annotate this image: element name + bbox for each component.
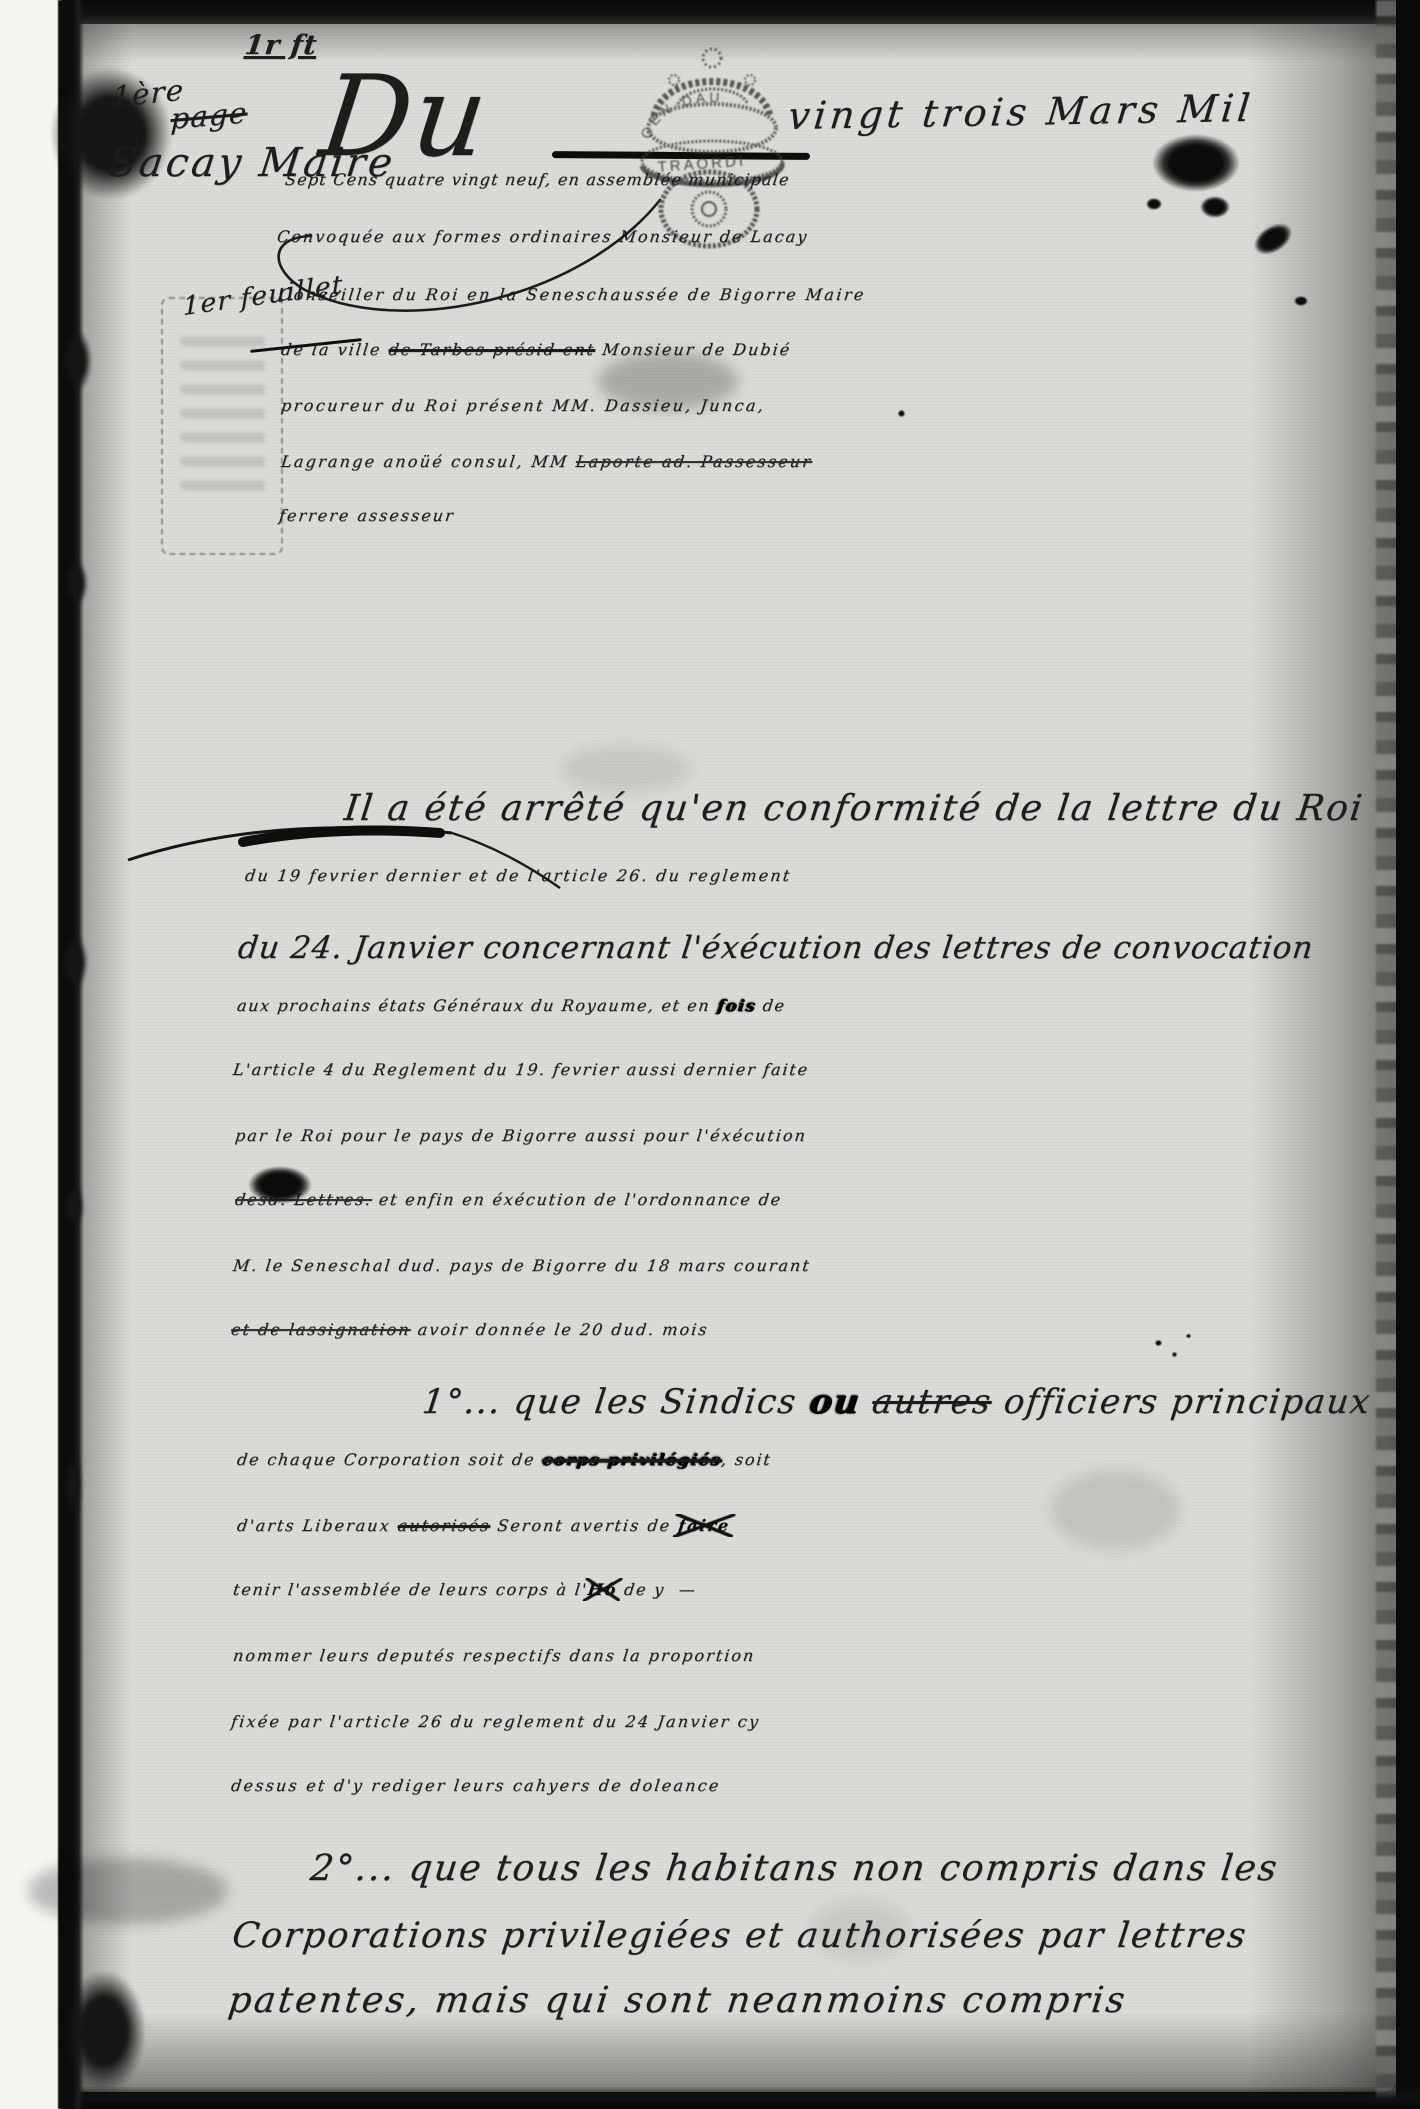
text-segment: M. le Seneschal dud. pays de Bigorre du … xyxy=(232,1256,812,1275)
manuscript-line: et de lassignation avoir donnée le 20 du… xyxy=(230,1320,710,1339)
text-segment: Lagrange anoüé consul, MM xyxy=(280,452,577,471)
manuscript-line: Conseiller du Roi en la Seneschaussée de… xyxy=(278,285,867,304)
book-top-edge xyxy=(62,0,1420,24)
text-segment: avoir donnée le 20 dud. mois xyxy=(410,1320,710,1339)
overwritten-struck-segment: corps privilégiés xyxy=(541,1450,722,1469)
folio-mark: 1r ft xyxy=(243,30,319,61)
scan-right-border xyxy=(1396,0,1420,2109)
edge-damage-blot xyxy=(64,1185,84,1227)
ink-smudge xyxy=(560,745,690,793)
manuscript-line: M. le Seneschal dud. pays de Bigorre du … xyxy=(232,1256,812,1275)
text-segment: du 24. Janvier concernant l'éxécution de… xyxy=(236,930,1316,966)
manuscript-line: dessus et d'y rediger leurs cahyers de d… xyxy=(230,1776,722,1795)
text-segment: par le Roi pour le pays de Bigorre aussi… xyxy=(234,1126,808,1145)
text-segment: Sept Cens quatre vingt neuf, en assemblé… xyxy=(284,170,791,189)
manuscript-line: Lagrange anoüé consul, MM Laporte ad. Pa… xyxy=(280,452,813,471)
struck-text-segment: autres xyxy=(870,1382,994,1422)
manuscript-line: Convoquée aux formes ordinaires Monsieur… xyxy=(276,227,810,246)
binding-torn-edge xyxy=(58,0,84,2109)
faded-control-stamp xyxy=(161,297,283,555)
manuscript-line: du 19 fevrier dernier et de l'article 26… xyxy=(244,866,793,885)
text-segment: tenir l'assemblée de leurs corps à l' xyxy=(232,1580,589,1599)
manuscript-line: tenir l'assemblée de leurs corps à l'Hô … xyxy=(232,1580,698,1599)
manuscript-line: d'arts Liberaux autorisés Seront avertis… xyxy=(236,1516,731,1535)
manuscript-line: patentes, mais qui sont neanmoins compri… xyxy=(226,1980,1129,2021)
manuscript-line: de chaque Corporation soit de corps priv… xyxy=(236,1450,773,1469)
struck-text-segment: Laporte ad. Passesseur xyxy=(575,452,814,471)
edge-damage-blot xyxy=(62,935,88,989)
faded-stamp-text xyxy=(181,337,265,493)
date-line: vingt trois Mars Mil xyxy=(786,86,1256,138)
text-segment: de la ville xyxy=(280,340,390,359)
manuscript-line: aux prochains états Généraux du Royaume,… xyxy=(236,996,787,1015)
stamp-arc-text: GEN·DAU xyxy=(637,89,723,141)
manuscript-line: desd. Lettres. et enfin en éxécution de … xyxy=(234,1190,783,1209)
ink-smudge xyxy=(1050,1470,1180,1550)
edge-damage-blot xyxy=(64,560,88,606)
edge-damage-blot xyxy=(64,1455,82,1515)
crossed-out-segment: Hô xyxy=(587,1580,619,1599)
text-segment: officiers principaux xyxy=(989,1382,1373,1422)
text-segment: aux prochains états Généraux du Royaume,… xyxy=(236,996,718,1015)
text-segment: patentes, mais qui sont neanmoins compri… xyxy=(226,1980,1129,2021)
scanner-margin xyxy=(0,0,62,2109)
manuscript-line: du 24. Janvier concernant l'éxécution de… xyxy=(236,930,1316,966)
manuscript-line: 1°... que les Sindics ou autres officier… xyxy=(420,1382,1373,1422)
text-segment: de xyxy=(755,996,787,1015)
manuscript-scan: 1r ft 1ère page Sacay Maire Du vingt tro… xyxy=(0,0,1420,2109)
text-segment: du 19 fevrier dernier et de l'article 26… xyxy=(244,866,793,885)
text-segment: Seront avertis de xyxy=(489,1516,679,1535)
manuscript-line: L'article 4 du Reglement du 19. fevrier … xyxy=(232,1060,810,1079)
edge-damage-blot xyxy=(62,1970,146,2092)
struck-text-segment: et de lassignation xyxy=(230,1320,412,1339)
ink-smudge xyxy=(28,1858,228,1924)
manuscript-line: 2°... que tous les habitans non compris … xyxy=(308,1848,1281,1889)
manuscript-line: Il a été arrêté qu'en conformité de la l… xyxy=(342,788,1366,829)
text-segment: L'article 4 du Reglement du 19. fevrier … xyxy=(232,1060,810,1079)
text-segment: et enfin en éxécution de l'ordonnance de xyxy=(371,1190,783,1209)
text-segment: 1°... que les Sindics xyxy=(420,1382,812,1422)
text-segment: Il a été arrêté qu'en conformité de la l… xyxy=(342,788,1366,829)
text-segment: Conseiller du Roi en la Seneschaussée de… xyxy=(278,285,867,304)
struck-text-segment: de Tarbes présid ent xyxy=(387,340,596,359)
text-segment: d'arts Liberaux xyxy=(236,1516,399,1535)
text-segment: de chaque Corporation soit de xyxy=(236,1450,543,1469)
text-segment: de y — xyxy=(616,1580,698,1599)
overwritten-text-segment: fois xyxy=(716,996,757,1015)
text-segment: nommer leurs deputés respectifs dans la … xyxy=(232,1646,757,1665)
manuscript-line: fixée par l'article 26 du reglement du 2… xyxy=(230,1712,761,1731)
text-segment: procureur du Roi présent MM. Dassieu, Ju… xyxy=(280,396,767,415)
overwritten-text-segment: ou xyxy=(807,1382,863,1422)
manuscript-line: Corporations privilegiées et authorisées… xyxy=(230,1916,1250,1956)
book-bottom-edge xyxy=(62,2086,1420,2109)
text-segment: dessus et d'y rediger leurs cahyers de d… xyxy=(230,1776,722,1795)
manuscript-line: par le Roi pour le pays de Bigorre aussi… xyxy=(234,1126,808,1145)
text-segment: fixée par l'article 26 du reglement du 2… xyxy=(230,1712,761,1731)
manuscript-line: nommer leurs deputés respectifs dans la … xyxy=(232,1646,757,1665)
manuscript-line: procureur du Roi présent MM. Dassieu, Ju… xyxy=(280,396,767,415)
text-segment: ferrere assesseur xyxy=(278,506,456,525)
text-segment: Convoquée aux formes ordinaires Monsieur… xyxy=(276,227,810,246)
edge-damage-blot xyxy=(62,330,92,392)
crossed-out-segment: faire xyxy=(677,1516,731,1535)
text-segment: Corporations privilegiées et authorisées… xyxy=(230,1916,1250,1956)
manuscript-line: ferrere assesseur xyxy=(278,506,456,525)
revenue-stamp: GEN·DAU TRAORDI xyxy=(616,44,806,252)
manuscript-line: Sept Cens quatre vingt neuf, en assemblé… xyxy=(284,170,791,189)
page-number-note-struck: page xyxy=(170,95,248,136)
text-segment: , soit xyxy=(720,1450,773,1469)
struck-text-segment: autorisés xyxy=(397,1516,492,1535)
text-segment: 2°... que tous les habitans non compris … xyxy=(308,1848,1281,1889)
svg-text:GEN·DAU: GEN·DAU xyxy=(637,89,723,141)
manuscript-line: de la ville de Tarbes présid ent Monsieu… xyxy=(280,340,792,359)
opening-initial: Du xyxy=(314,52,496,182)
text-segment: Monsieur de Dubié xyxy=(594,340,792,359)
